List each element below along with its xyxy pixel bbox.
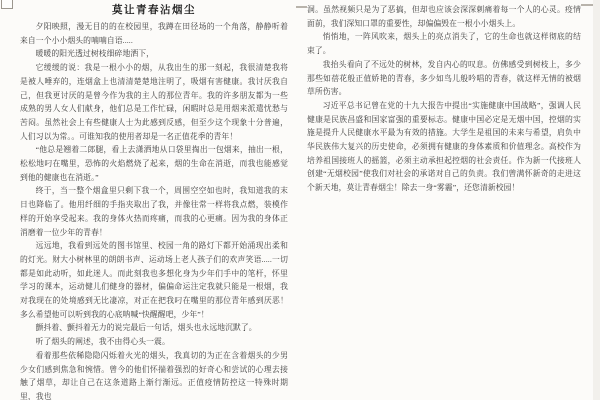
paragraph: 我抬头看向了不远处的树林，发自内心的叹息。仿佛感受到树枝上，多少那些如蓓花般正值… [307, 58, 581, 99]
page-1[interactable]: 莫让青春沾烟尘 夕阳映照，漫无目的的在校园里，我蹲在田径场的一个角落，静静听着来… [20, 0, 288, 400]
paragraph: 看着那些依稀隐隐闪烁着火光的烟头，我真切的为正在含着烟头的少男少女们感到焦急和惋… [20, 349, 288, 400]
paragraph: 听了烟头的阐述，我不由得心头一震。 [20, 335, 288, 349]
paragraph: 终于，当一整个烟盒里只剩下我一个，周围空空如也时，我知道我的末日也降临了。他用纤… [20, 184, 288, 239]
paragraph: 悄悄地，一阵风吹来，烟头上的亮点消失了，它的生命也就这样彻底的结束了。 [307, 30, 581, 57]
paragraph: 颤抖着、颤抖着无力的说完最后一句话，烟头也永远地沉默了。 [20, 321, 288, 335]
page-edge-shade [593, 0, 600, 400]
document-title: 莫让青春沾烟尘 [20, 4, 288, 17]
paragraph: “他总是翘着二郎腿，看上去潇洒地从口袋里掏出一包烟来，抽出一根，松松地叼在嘴里，… [20, 143, 288, 184]
page-2[interactable]: 洞。虽然视频只是为了恶搞，但却也应该会深深刺痛着每一个人的心灵。疫情面前，我们深… [307, 0, 581, 400]
paragraph: 习近平总书记曾在党的十九大报告中提出“实施健康中国战略”，强调人民健康是民族昌盛… [307, 99, 581, 195]
page-corner-mark [1, 0, 13, 9]
paragraph: 它缓缓的说：我是一根小小的烟，从我出生的那一刻起，我很清楚我将是被人唾弃的，连烟… [20, 61, 288, 143]
paragraph: 暖暖的阳光透过树枝细碎地洒下， [20, 47, 288, 61]
paragraph: 夕阳映照，漫无目的的在校园里，我蹲在田径场的一个角落，静静听着来自一个小小烟头的… [20, 20, 288, 47]
paragraph: 洞。虽然视频只是为了恶搞，但却也应该会深深刺痛着每一个人的心灵。疫情面前，我们深… [307, 3, 581, 30]
document-canvas: 莫让青春沾烟尘 夕阳映照，漫无目的的在校园里，我蹲在田径场的一个角落，静静听着来… [0, 0, 600, 400]
paragraph: 远远地，我看到远处的图书馆里、校园一角的路灯下都开始涌现出柔和的灯光。财大小树林… [20, 239, 288, 321]
